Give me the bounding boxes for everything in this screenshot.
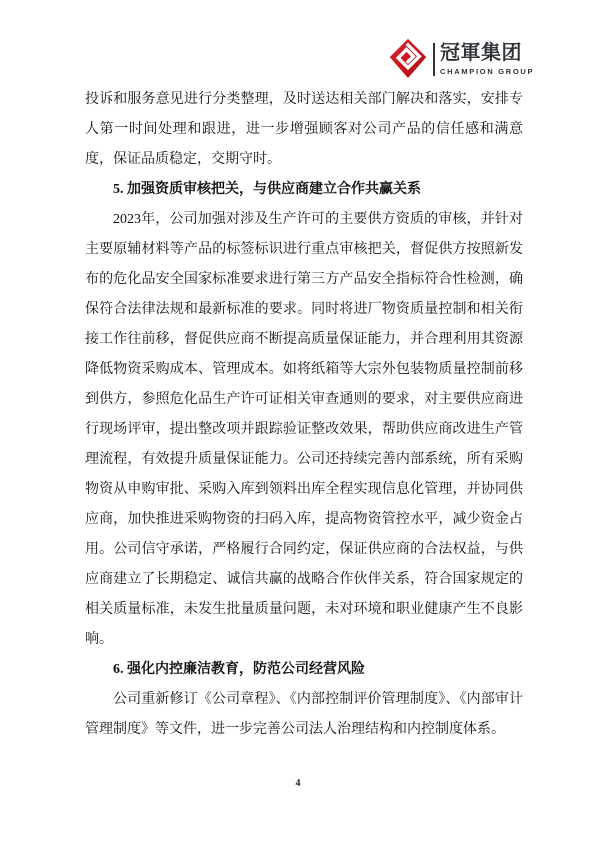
document-body: 投诉和服务意见进行分类整理，及时送达相关部门解决和落实，安排专人第一时间处理和跟… xyxy=(85,85,523,745)
champion-diamond-icon xyxy=(389,38,427,80)
section-heading: 5. 加强资质审核把关，与供应商建立合作共赢关系 xyxy=(85,175,523,205)
body-paragraph: 投诉和服务意见进行分类整理，及时送达相关部门解决和落实，安排专人第一时间处理和跟… xyxy=(85,85,523,175)
company-name-cn: 冠軍集团 xyxy=(440,43,534,64)
body-paragraph: 2023年，公司加强对涉及生产许可的主要供方资质的审核，并针对主要原辅材料等产品… xyxy=(85,205,523,655)
company-logo: 冠軍集团 CHAMPION GROUP xyxy=(389,38,534,80)
section-heading: 6. 强化内控廉洁教育，防范公司经营风险 xyxy=(85,655,523,685)
company-name-en: CHAMPION GROUP xyxy=(440,67,534,76)
document-page: 冠軍集团 CHAMPION GROUP 投诉和服务意见进行分类整理，及时送达相关… xyxy=(0,0,596,842)
logo-divider xyxy=(433,43,435,76)
body-paragraph: 公司重新修订《公司章程》、《内部控制评价管理制度》、《内部审计管理制度》等文件，… xyxy=(85,685,523,745)
logo-wordmark: 冠軍集团 CHAMPION GROUP xyxy=(440,43,534,76)
page-number: 4 xyxy=(0,778,596,789)
